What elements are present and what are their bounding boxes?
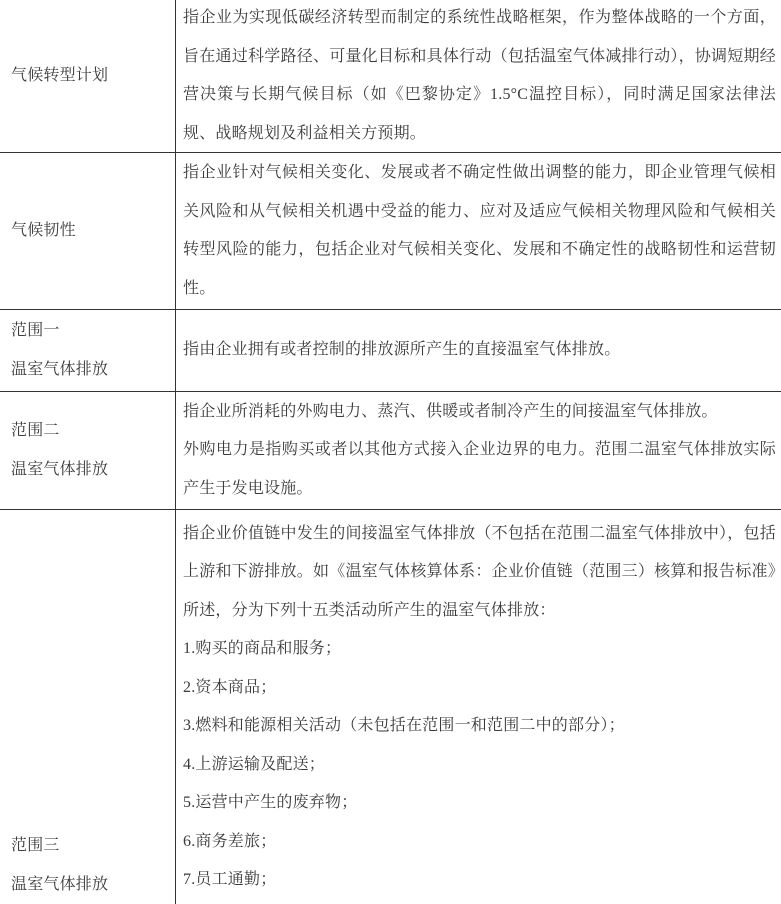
definition-list-item: 5.运营中产生的废弃物； <box>183 784 776 823</box>
definition-cell: 指由企业拥有或者控制的排放源所产生的直接温室气体排放。 <box>175 310 781 391</box>
definition-cell: 指企业价值链中发生的间接温室气体排放（不包括在范围二温室气体排放中），包括上游和… <box>175 510 781 904</box>
glossary-table: 气候转型计划 指企业为实现低碳经济转型而制定的系统性战略框架，作为整体战略的一个… <box>0 0 781 904</box>
table-row-scope1-emissions: 范围一 温室气体排放 指由企业拥有或者控制的排放源所产生的直接温室气体排放。 <box>0 310 781 392</box>
definition-cell: 指企业针对气候相关变化、发展或者不确定性做出调整的能力，即企业管理气候相关风险和… <box>175 153 781 309</box>
definition-cell: 指企业所消耗的外购电力、蒸汽、供暖或者制冷产生的间接温室气体排放。 外购电力是指… <box>175 392 781 509</box>
term-text: 温室气体排放 <box>11 866 175 904</box>
definition-paragraph: 指企业价值链中发生的间接温室气体排放（不包括在范围二温室气体排放中），包括上游和… <box>183 515 776 631</box>
definition-list-item: 6.商务差旅； <box>183 823 776 862</box>
table-row-climate-transition-plan: 气候转型计划 指企业为实现低碳经济转型而制定的系统性战略框架，作为整体战略的一个… <box>0 0 781 153</box>
definition-list-item: 3.燃料和能源相关活动（未包括在范围一和范围二中的部分）； <box>183 707 776 746</box>
term-text: 气候韧性 <box>11 212 175 251</box>
term-text: 温室气体排放 <box>11 451 175 490</box>
definition-list-item: 2.资本商品； <box>183 669 776 708</box>
table-row-climate-resilience: 气候韧性 指企业针对气候相关变化、发展或者不确定性做出调整的能力，即企业管理气候… <box>0 153 781 310</box>
term-text: 温室气体排放 <box>11 351 175 390</box>
term-cell: 范围三 温室气体排放 <box>0 510 175 904</box>
definition-paragraph: 指企业所消耗的外购电力、蒸汽、供暖或者制冷产生的间接温室气体排放。 <box>183 393 776 432</box>
term-cell: 气候韧性 <box>0 153 175 309</box>
definition-list-item: 4.上游运输及配送； <box>183 746 776 785</box>
term-cell: 范围一 温室气体排放 <box>0 310 175 391</box>
term-text: 范围二 <box>11 412 175 451</box>
term-text: 范围三 <box>11 827 175 866</box>
term-text: 范围一 <box>11 312 175 351</box>
term-text: 气候转型计划 <box>11 57 175 96</box>
definition-list-item: 1.购买的商品和服务； <box>183 630 776 669</box>
term-cell: 气候转型计划 <box>0 0 175 152</box>
definition-paragraph: 指企业为实现低碳经济转型而制定的系统性战略框架，作为整体战略的一个方面，旨在通过… <box>183 0 776 152</box>
table-row-scope3-emissions: 范围三 温室气体排放 指企业价值链中发生的间接温室气体排放（不包括在范围二温室气… <box>0 510 781 904</box>
definition-cell: 指企业为实现低碳经济转型而制定的系统性战略框架，作为整体战略的一个方面，旨在通过… <box>175 0 781 152</box>
term-cell: 范围二 温室气体排放 <box>0 392 175 509</box>
definition-paragraph: 外购电力是指购买或者以其他方式接入企业边界的电力。范围二温室气体排放实际产生于发… <box>183 431 776 508</box>
definition-list-item: 7.员工通勤； <box>183 861 776 900</box>
definition-paragraph: 指企业针对气候相关变化、发展或者不确定性做出调整的能力，即企业管理气候相关风险和… <box>183 154 776 308</box>
definition-paragraph: 指由企业拥有或者控制的排放源所产生的直接温室气体排放。 <box>183 331 776 370</box>
table-row-scope2-emissions: 范围二 温室气体排放 指企业所消耗的外购电力、蒸汽、供暖或者制冷产生的间接温室气… <box>0 392 781 510</box>
